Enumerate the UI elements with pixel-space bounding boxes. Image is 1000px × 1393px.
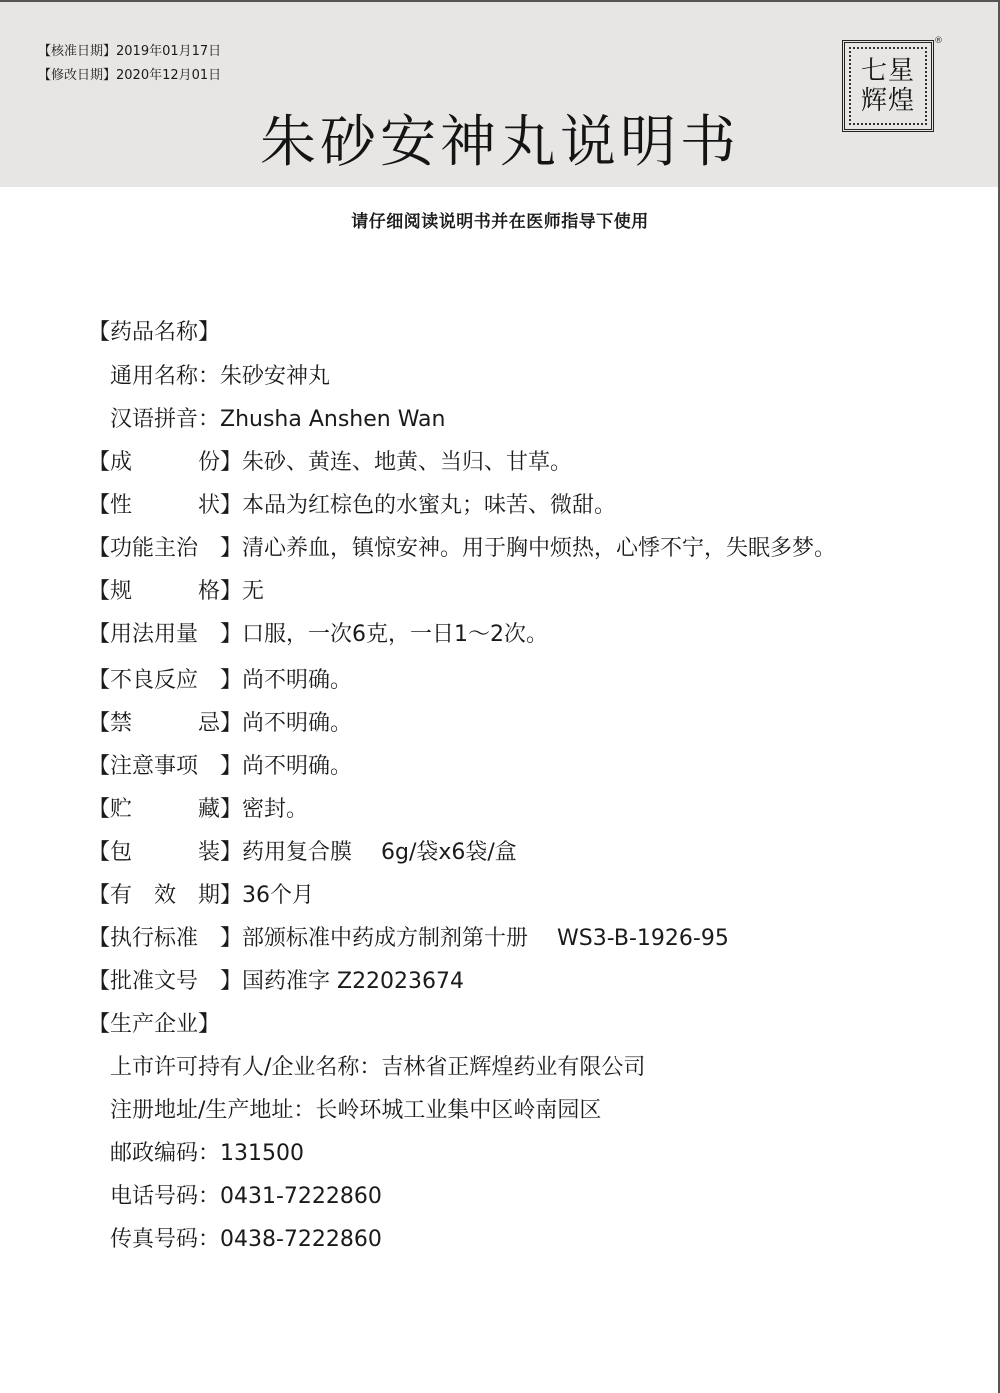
registered-mark: ® bbox=[934, 36, 943, 46]
logo-text-top: 七星 bbox=[861, 56, 915, 86]
generic-name: 通用名称：朱砂安神丸 bbox=[110, 362, 330, 392]
manufacturer-postcode: 邮政编码：131500 bbox=[110, 1139, 304, 1169]
section-manufacturer-heading: 【生产企业】 bbox=[88, 1010, 220, 1040]
section-adverse-reactions: 【不良反应】 尚不明确。 bbox=[88, 666, 352, 696]
manufacturer-phone: 电话号码：0431-7222860 bbox=[110, 1182, 382, 1212]
shelf-life-value: 36个月 bbox=[242, 881, 314, 911]
section-package: 【包装】 药用复合膜 6g/袋x6袋/盒 bbox=[88, 838, 517, 868]
section-contraindications: 【禁忌】 尚不明确。 bbox=[88, 709, 352, 739]
section-indications: 【功能主治】 清心养血，镇惊安神。用于胸中烦热，心悸不宁，失眠多梦。 bbox=[88, 534, 836, 564]
manufacturer-company: 上市许可持有人/企业名称：吉林省正辉煌药业有限公司 bbox=[110, 1053, 645, 1083]
approval-number-value: 国药准字 Z22023674 bbox=[242, 967, 464, 997]
section-description: 【性状】 本品为红棕色的水蜜丸；味苦、微甜。 bbox=[88, 491, 616, 521]
storage-value: 密封。 bbox=[242, 795, 308, 825]
section-drug-name-heading: 【药品名称】 bbox=[88, 318, 220, 348]
reading-notice: 请仔细阅读说明书并在医师指导下使用 bbox=[0, 207, 1000, 232]
revision-date: 【修改日期】2020年12月01日 bbox=[38, 64, 221, 88]
approval-date: 【核准日期】2019年01月17日 bbox=[38, 40, 221, 64]
section-dosage: 【用法用量】 口服，一次6克，一日1～2次。 bbox=[88, 620, 548, 650]
section-specification: 【规格】 无 bbox=[88, 577, 264, 607]
section-approval-number: 【批准文号】 国药准字 Z22023674 bbox=[88, 967, 464, 997]
section-storage: 【贮藏】 密封。 bbox=[88, 795, 308, 825]
specification-value: 无 bbox=[242, 577, 264, 607]
manufacturer-address: 注册地址/生产地址：长岭环城工业集中区岭南园区 bbox=[110, 1096, 601, 1126]
ingredients-value: 朱砂、黄连、地黄、当归、甘草。 bbox=[242, 448, 572, 478]
section-precautions: 【注意事项】 尚不明确。 bbox=[88, 752, 352, 782]
precautions-value: 尚不明确。 bbox=[242, 752, 352, 782]
document-title: 朱砂安神丸说明书 bbox=[0, 98, 1000, 178]
contraindications-value: 尚不明确。 bbox=[242, 709, 352, 739]
section-standard: 【执行标准】 部颁标准中药成方制剂第十册 WS3-B-1926-95 bbox=[88, 924, 729, 954]
pinyin-name: 汉语拼音：Zhusha Anshen Wan bbox=[110, 405, 445, 435]
dosage-value: 口服，一次6克，一日1～2次。 bbox=[242, 620, 548, 650]
description-value: 本品为红棕色的水蜜丸；味苦、微甜。 bbox=[242, 491, 616, 521]
section-heading: 【药品名称】 bbox=[88, 318, 220, 348]
date-block: 【核准日期】2019年01月17日 【修改日期】2020年12月01日 bbox=[38, 40, 221, 88]
section-shelf-life: 【有效期】 36个月 bbox=[88, 881, 314, 911]
standard-value: 部颁标准中药成方制剂第十册 WS3-B-1926-95 bbox=[242, 924, 729, 954]
section-heading: 【生产企业】 bbox=[88, 1010, 220, 1040]
section-ingredients: 【成份】 朱砂、黄连、地黄、当归、甘草。 bbox=[88, 448, 572, 478]
package-value: 药用复合膜 6g/袋x6袋/盒 bbox=[242, 838, 517, 868]
adverse-reactions-value: 尚不明确。 bbox=[242, 666, 352, 696]
manufacturer-fax: 传真号码：0438-7222860 bbox=[110, 1225, 382, 1255]
indications-value: 清心养血，镇惊安神。用于胸中烦热，心悸不宁，失眠多梦。 bbox=[242, 534, 836, 564]
